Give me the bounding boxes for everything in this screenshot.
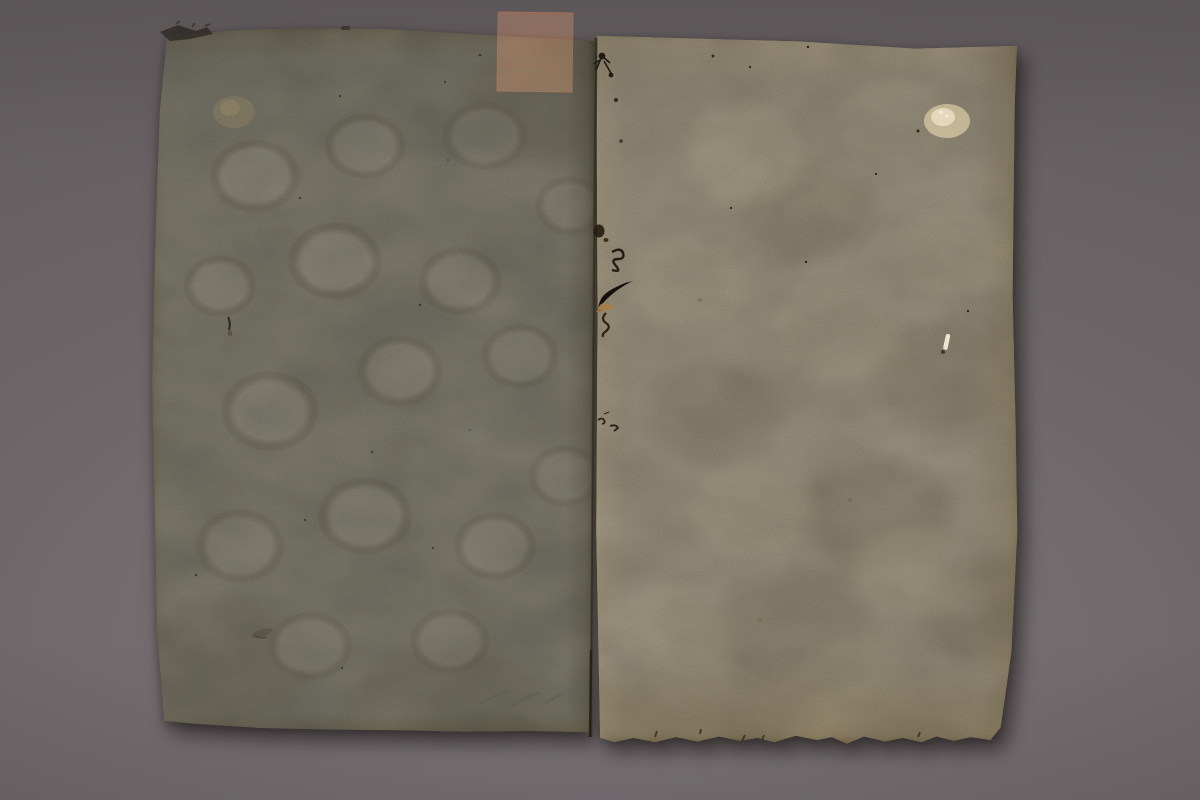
paper-grain-overlay	[595, 33, 1022, 745]
right-page-flyleaf-recto	[595, 33, 1022, 745]
photograph-open-antique-book	[0, 0, 1200, 800]
tape-fragment	[496, 11, 573, 92]
paper-grain-overlay	[150, 26, 597, 738]
left-page-cover-verso	[150, 26, 597, 738]
open-book	[0, 0, 1200, 800]
